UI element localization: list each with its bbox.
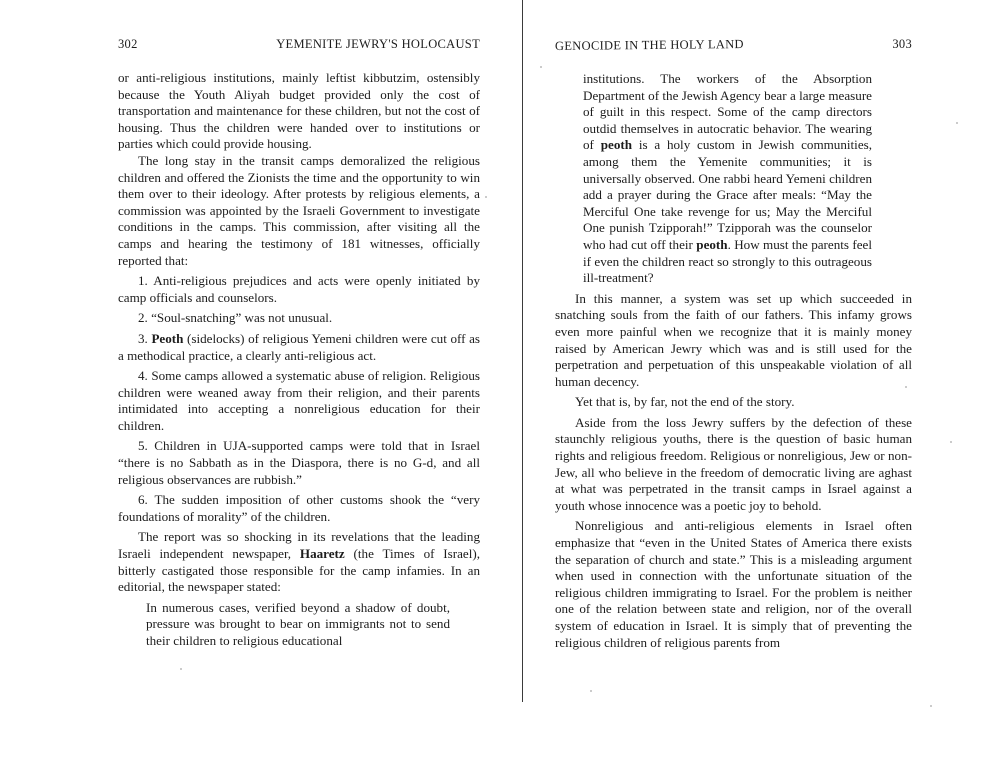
- right-running-head: GENOCIDE IN THE HOLY LAND 303: [555, 37, 912, 53]
- book-gutter-line: [522, 0, 523, 702]
- paragraph: Aside from the loss Jewry suffers by the…: [555, 415, 912, 515]
- paragraph: Yet that is, by far, not the end of the …: [555, 394, 912, 411]
- page-number: 302: [118, 37, 138, 52]
- report-finding-2: 2. “Soul-snatching” was not unusual.: [118, 310, 480, 327]
- scan-speck: [956, 122, 958, 124]
- report-finding-3: 3. Peoth (sidelocks) of religious Yemeni…: [118, 331, 480, 364]
- report-finding-6: 6. The sudden imposition of other custom…: [118, 492, 480, 525]
- scan-speck: [590, 690, 592, 692]
- scan-speck: [485, 196, 487, 198]
- bold-term: Haaretz: [300, 546, 345, 561]
- scan-speck: [950, 441, 952, 443]
- report-finding-5: 5. Children in UJA-supported camps were …: [118, 438, 480, 488]
- left-running-head: 302 YEMENITE JEWRY'S HOLOCAUST: [118, 37, 480, 53]
- block-quote: institutions. The workers of the Absorpt…: [583, 71, 872, 287]
- page-number: 303: [892, 37, 912, 52]
- left-body-text: or anti-religious institutions, mainly l…: [118, 70, 480, 650]
- scan-speck: [540, 66, 542, 68]
- paragraph: The long stay in the transit camps demor…: [118, 153, 480, 269]
- block-quote: In numerous cases, verified beyond a sha…: [146, 600, 450, 650]
- scan-speck: [180, 668, 182, 670]
- scan-speck: [905, 386, 907, 388]
- paragraph: In this manner, a system was set up whic…: [555, 291, 912, 391]
- bold-term: Peoth: [151, 331, 183, 346]
- scan-speck: [930, 705, 932, 707]
- paragraph: Nonreligious and anti-religious elements…: [555, 518, 912, 651]
- right-body-text: institutions. The workers of the Absorpt…: [555, 71, 912, 651]
- running-title: YEMENITE JEWRY'S HOLOCAUST: [276, 37, 480, 52]
- bold-term: peoth: [696, 237, 727, 252]
- running-title: GENOCIDE IN THE HOLY LAND: [555, 37, 744, 54]
- bold-term: peoth: [601, 137, 632, 152]
- paragraph: or anti-religious institutions, mainly l…: [118, 70, 480, 153]
- quote-text: is a holy custom in Jewish communities, …: [583, 137, 872, 252]
- report-finding-4: 4. Some camps allowed a systematic abuse…: [118, 368, 480, 434]
- report-finding-1: 1. Anti-religious prejudices and acts we…: [118, 273, 480, 306]
- paragraph: The report was so shocking in its revela…: [118, 529, 480, 595]
- item-number: 3.: [138, 331, 151, 346]
